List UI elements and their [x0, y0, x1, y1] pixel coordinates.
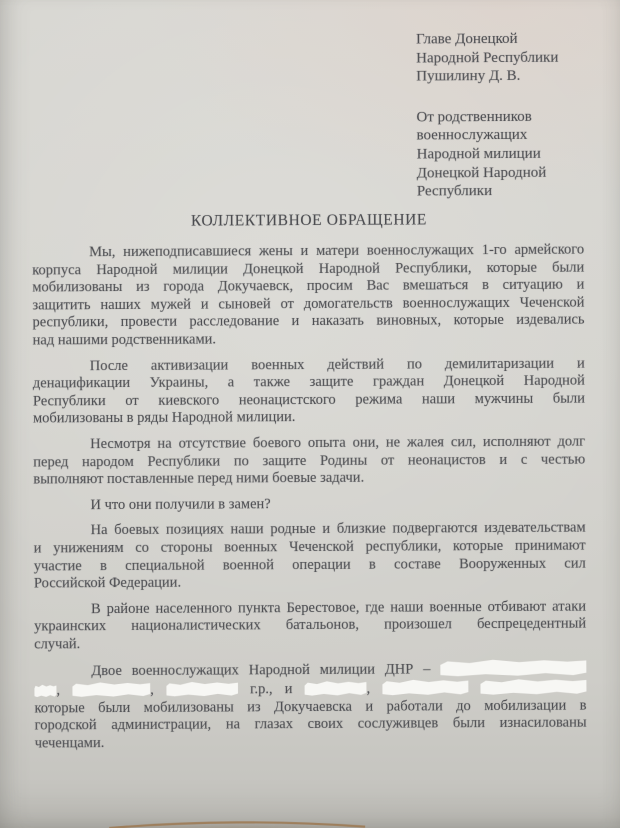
letter-line: над нашими родственниками. — [33, 330, 585, 350]
letter-line: мобилизованы в ряды Народной милиции. — [33, 408, 585, 428]
redacted-intro-text: Двое военнослужащих Народной милиции ДНР… — [91, 662, 430, 680]
letter-line: перед народом Республики по защите Родин… — [33, 451, 585, 471]
redaction-block — [166, 681, 238, 696]
letter-line: и унижениям со стороны военных Чеченской… — [34, 537, 586, 557]
redacted-separator: , — [367, 681, 371, 697]
letter-line: И что они получили в замен? — [33, 494, 585, 514]
recipient-line: Народной Республики — [416, 48, 596, 68]
redacted-birthyear-text: г.р., и — [250, 681, 292, 697]
letter-line: Несмотря на отсутствие боевого опыта они… — [33, 433, 585, 453]
address-block: Главе Донецкой Народной Республики Пушил… — [416, 29, 597, 201]
letter-title: КОЛЛЕКТИВНОЕ ОБРАЩЕНИЕ — [0, 210, 619, 231]
redaction-block — [382, 679, 468, 695]
photographed-letter: Главе Донецкой Народной Республики Пушил… — [0, 0, 620, 828]
recipient-line: Главе Донецкой — [416, 29, 596, 49]
recipient-block: Главе Донецкой Народной Республики Пушил… — [416, 29, 596, 86]
sender-line: От родственников — [416, 107, 596, 127]
letter-body: Мы, нижеподписавшиеся жены и матери воен… — [32, 242, 587, 761]
redacted-separator: , — [56, 682, 60, 698]
paragraph-3: Несмотря на отсутствие боевого опыта они… — [33, 433, 585, 489]
recipient-line: Пушилину Д. В. — [416, 67, 596, 87]
paragraph-7-redacted: Двое военнослужащих Народной милиции ДНР… — [34, 659, 586, 753]
sender-line: Донецкой Народной — [417, 163, 597, 183]
paragraph-2: После активизации военных действий по де… — [33, 355, 585, 428]
redaction-block — [305, 681, 367, 696]
paper-bottom-edge-icon — [107, 818, 367, 828]
letter-line: случай. — [34, 633, 586, 653]
sender-line: военнослужащих — [416, 126, 596, 146]
paragraph-5: На боевых позициях наши родные и близкие… — [34, 520, 586, 593]
redaction-block — [72, 682, 150, 697]
letter-line: участие в специальной военной операции в… — [34, 555, 586, 575]
paragraph-4: И что они получили в замен? — [33, 494, 585, 514]
redaction-block — [34, 684, 56, 697]
redaction-block — [480, 679, 586, 696]
letter-line: выполняют поставленные перед ними боевые… — [33, 469, 585, 489]
sender-block: От родственников военнослужащих Народной… — [416, 107, 596, 201]
letter-line: украинских националистических батальонов… — [34, 616, 586, 636]
sender-line: Республики — [417, 182, 597, 202]
letter-line: городской администрации, на глазах своих… — [35, 715, 587, 735]
paragraph-6: В районе населенного пункта Берестовое, … — [34, 598, 586, 654]
letter-sheet: Главе Донецкой Народной Республики Пушил… — [0, 0, 620, 828]
redaction-block — [440, 659, 586, 677]
sender-line: Народной милиции — [417, 144, 597, 164]
redacted-line-2: , , г.р., и , — [34, 679, 586, 700]
redacted-separator: , — [150, 682, 154, 698]
letter-line: Российской Федерации. — [34, 573, 586, 593]
letter-line: республики, провести расследование и нак… — [32, 312, 584, 332]
letter-line: Республики от киевского неонацистского р… — [33, 390, 585, 410]
letter-line: Мы, нижеподписавшиеся жены и матери воен… — [32, 242, 584, 262]
paragraph-1: Мы, нижеподписавшиеся жены и матери воен… — [32, 242, 585, 350]
letter-line: чеченцами. — [35, 732, 587, 752]
